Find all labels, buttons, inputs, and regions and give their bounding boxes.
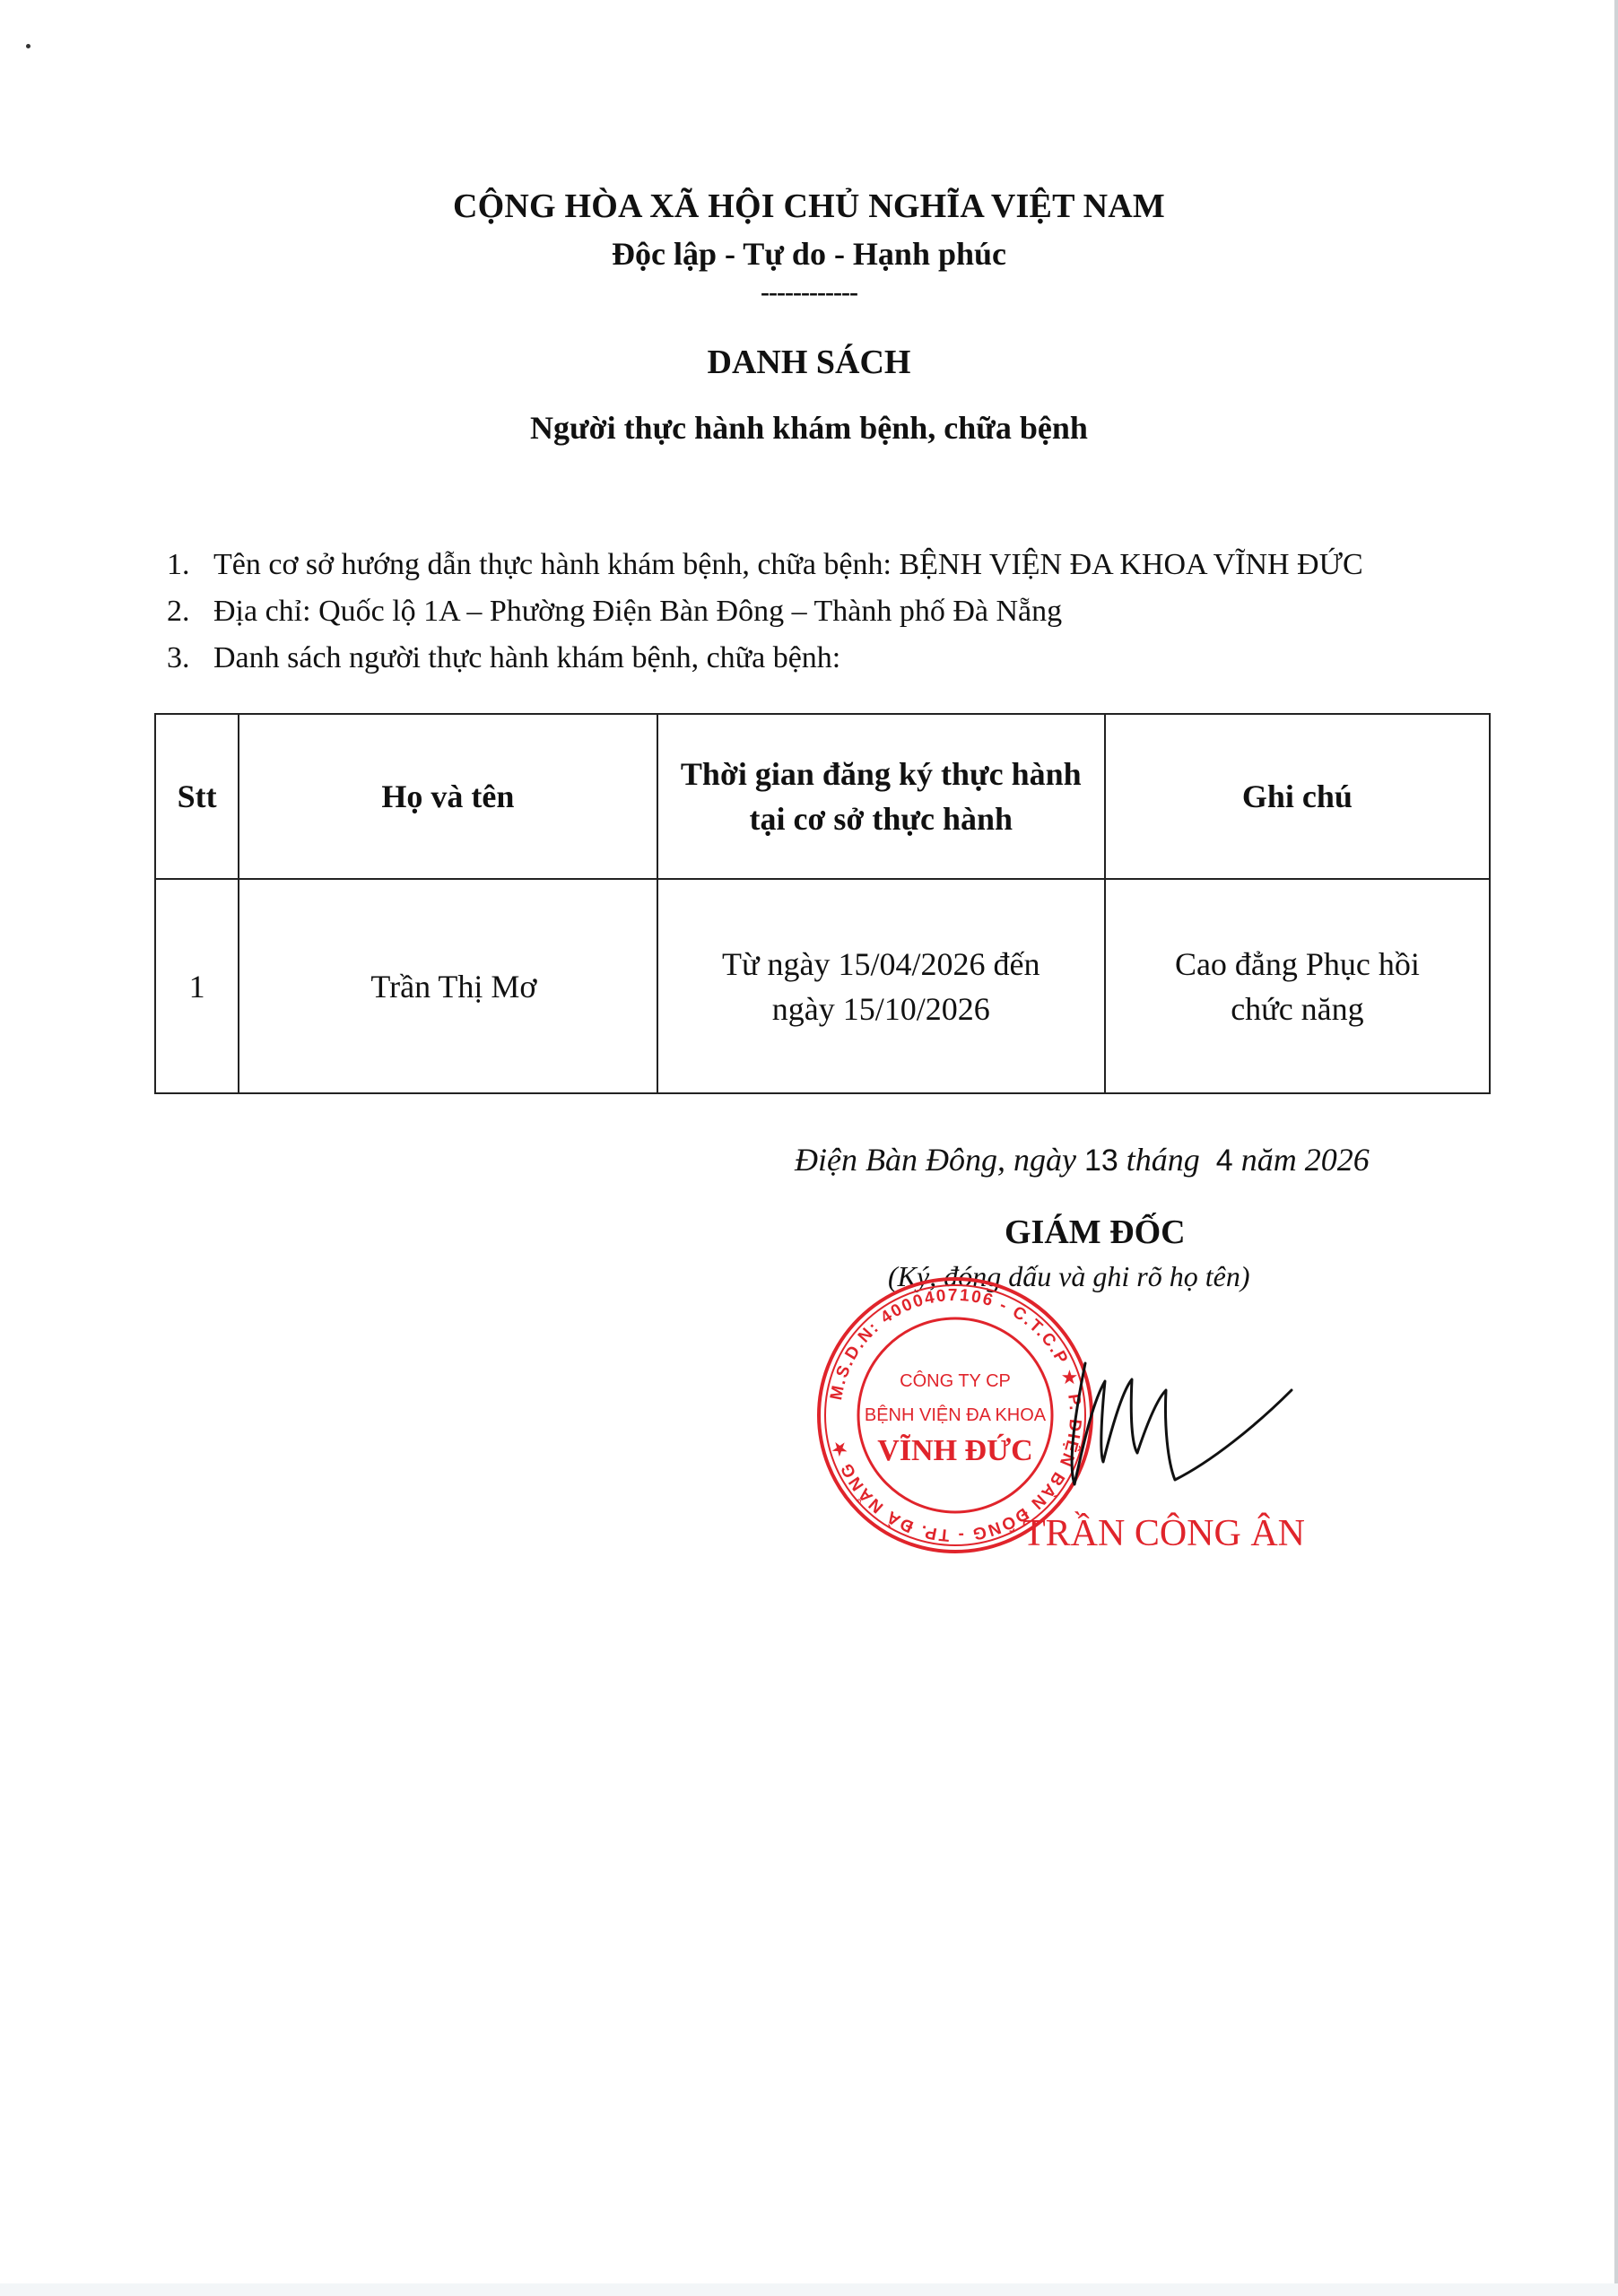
practitioner-table: Stt Họ và tên Thời gian đăng ký thực hàn… xyxy=(154,713,1491,1094)
info-item-address: 2.Địa chỉ: Quốc lộ 1A – Phường Điện Bàn … xyxy=(167,588,1363,635)
cell-stt: 1 xyxy=(155,879,239,1093)
svg-text:CÔNG TY CP: CÔNG TY CP xyxy=(900,1370,1011,1391)
document-title: DANH SÁCH xyxy=(0,343,1618,382)
header-note: Ghi chú xyxy=(1105,714,1490,879)
document-subtitle: Người thực hành khám bệnh, chữa bệnh xyxy=(0,409,1618,447)
cell-name: Trần Thị Mơ xyxy=(239,879,657,1093)
handwritten-signature-icon xyxy=(1058,1327,1300,1498)
svg-text:VĨNH ĐỨC: VĨNH ĐỨC xyxy=(877,1433,1032,1467)
nation-heading: CỘNG HÒA XÃ HỘI CHỦ NGHĨA VIỆT NAM xyxy=(0,187,1618,226)
scan-edge-bottom xyxy=(0,2283,1618,2296)
info-list: 1.Tên cơ sở hướng dẫn thực hành khám bện… xyxy=(167,542,1363,682)
motto: Độc lập - Tự do - Hạnh phúc xyxy=(0,235,1618,273)
table-header-row: Stt Họ và tên Thời gian đăng ký thực hàn… xyxy=(155,714,1490,879)
table-row: 1 Trần Thị Mơ Từ ngày 15/04/2026 đến ngà… xyxy=(155,879,1490,1093)
header-stt: Stt xyxy=(155,714,239,879)
header-time: Thời gian đăng ký thực hành tại cơ sở th… xyxy=(657,714,1105,879)
divider-rule: ------------ xyxy=(0,283,1618,301)
signer-name: TRẦN CÔNG ÂN xyxy=(1022,1512,1305,1555)
signing-date: Điện Bàn Đông, ngày 13 tháng 4 năm 2026 xyxy=(795,1141,1370,1178)
header-name: Họ và tên xyxy=(239,714,657,879)
cell-time: Từ ngày 15/04/2026 đến ngày 15/10/2026 xyxy=(657,879,1105,1093)
info-item-facility: 1.Tên cơ sở hướng dẫn thực hành khám bện… xyxy=(167,542,1363,588)
info-item-list-label: 3.Danh sách người thực hành khám bệnh, c… xyxy=(167,635,1363,682)
cell-note: Cao đẳng Phục hồi chức năng xyxy=(1105,879,1490,1093)
scan-speck xyxy=(26,44,30,48)
svg-text:BỆNH VIỆN ĐA KHOA: BỆNH VIỆN ĐA KHOA xyxy=(865,1405,1047,1425)
signer-role: GIÁM ĐỐC xyxy=(1005,1213,1186,1252)
